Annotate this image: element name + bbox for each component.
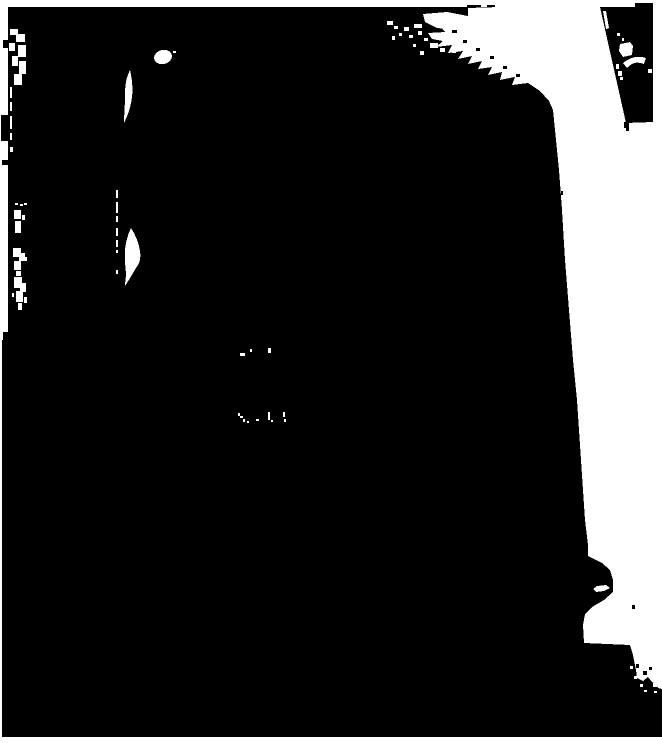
left-speckle-cluster-lower [20, 283, 26, 292]
foliage-speckles [413, 44, 416, 47]
foliage-speckles [420, 51, 424, 55]
left-speckle-cluster-lower [24, 257, 27, 261]
door-glint-speckles [617, 33, 620, 36]
center-faint-speckles [268, 348, 271, 353]
foliage-speckles [440, 48, 445, 52]
foliage-dark-speckles [476, 48, 480, 51]
door-glint-speckles [648, 69, 652, 73]
left-speckle-cluster-top [12, 56, 18, 66]
top-light-band [0, 0, 662, 7]
bottom-right-speckles-light [640, 684, 643, 687]
foliage-dark-speckles [463, 40, 467, 43]
left-speckle-cluster-lower [24, 297, 27, 303]
left-speckle-cluster-top [10, 147, 13, 152]
center-faint-speckles [268, 412, 270, 420]
door-frame-top-edge [635, 3, 653, 7]
bottom-light-band [0, 737, 662, 743]
foliage-dark-speckles [452, 30, 457, 33]
foliage-speckles [452, 50, 456, 53]
bottom-right-speckles-light [653, 683, 657, 687]
foliage-speckles [430, 43, 438, 48]
dashed-highlight-line [116, 240, 118, 247]
left-speckle-cluster-lower [16, 291, 23, 302]
left-speckle-cluster-top [10, 102, 12, 111]
door-frame-bottom-tail [626, 128, 629, 131]
left-speckle-cluster-lower [12, 293, 14, 297]
left-speckle-cluster-top [19, 61, 26, 74]
left-speckle-cluster-top [9, 43, 15, 51]
left-speckle-cluster-middle [14, 210, 21, 219]
foliage-speckles [414, 24, 422, 28]
door-frame-bottom-tail [624, 122, 629, 128]
left-speckle-cluster-middle [22, 215, 25, 220]
center-faint-speckles [283, 412, 285, 417]
dashed-highlight-line [116, 270, 118, 274]
bottom-right-speckles-dark [645, 680, 648, 683]
bottom-right-speckles-dark [636, 664, 639, 668]
left-speckle-cluster-lower [16, 271, 21, 276]
center-faint-speckles [238, 413, 240, 416]
center-faint-speckles [256, 419, 259, 421]
left-speckle-cluster-middle [15, 203, 18, 205]
bottom-right-speckles-light [630, 666, 633, 669]
foliage-speckles [399, 33, 402, 36]
left-speckle-cluster-middle [20, 204, 23, 206]
door-glint-speckles [616, 64, 619, 69]
foliage-dark-speckles [490, 56, 494, 59]
left-speckle-cluster-top [10, 87, 12, 98]
dashed-highlight-line [116, 216, 118, 222]
center-faint-speckles [250, 349, 252, 352]
binarized-photo-frame [0, 0, 662, 743]
bottom-right-speckles-light [634, 676, 637, 679]
center-faint-speckles [240, 353, 245, 356]
bottom-right-speckles-light [654, 691, 657, 693]
center-faint-speckles [240, 416, 243, 418]
door-glint-speckles [620, 77, 623, 80]
bottom-right-speckles-dark [649, 667, 652, 670]
left-column-dark-notches [1, 115, 8, 141]
dashed-highlight-line [116, 190, 118, 198]
left-column-dark-notches [2, 160, 8, 165]
foliage-dark-speckles [516, 74, 520, 77]
left-speckle-cluster-lower [18, 303, 22, 310]
binarized-photo [0, 0, 662, 743]
dashed-highlight-line [116, 228, 118, 236]
left-speckle-cluster-top [10, 116, 12, 129]
left-speckle-cluster-top [18, 45, 26, 57]
center-faint-speckles [284, 419, 286, 422]
left-speckle-cluster-top [14, 74, 22, 85]
foliage-speckles [424, 38, 428, 41]
left-column-dark-notches [3, 332, 8, 340]
foliage-dark-speckles [467, 5, 481, 7]
foliage-speckles [392, 36, 395, 40]
dashed-highlight-line [116, 250, 118, 253]
foliage-speckles [387, 21, 393, 25]
foliage-dark-speckles [632, 605, 635, 609]
foliage-speckles [394, 26, 398, 29]
left-speckle-cluster-top [16, 34, 25, 42]
left-speckle-cluster-top [10, 133, 12, 140]
left-column-dark-notches [3, 40, 8, 48]
dashed-highlight-line [116, 202, 118, 213]
center-faint-speckles [247, 421, 249, 423]
left-speckle-cluster-middle [24, 203, 27, 205]
center-faint-speckles [271, 420, 273, 422]
foliage-speckles [418, 31, 422, 35]
foliage-dark-speckles [561, 191, 563, 195]
door-glint-speckles [618, 71, 622, 76]
left-speckle-cluster-lower [14, 261, 21, 270]
round-highlight-dot [173, 51, 176, 53]
center-faint-speckles [243, 419, 245, 422]
foliage-dark-speckles [487, 5, 495, 7]
bottom-right-speckles-light [644, 690, 647, 692]
foliage-dark-speckles [503, 66, 507, 69]
left-speckle-cluster-middle [15, 221, 21, 233]
foliage-speckles [409, 35, 413, 38]
foliage-speckles [404, 27, 409, 31]
bottom-right-speckles-dark [643, 671, 647, 675]
door-glint-speckles [622, 38, 624, 41]
